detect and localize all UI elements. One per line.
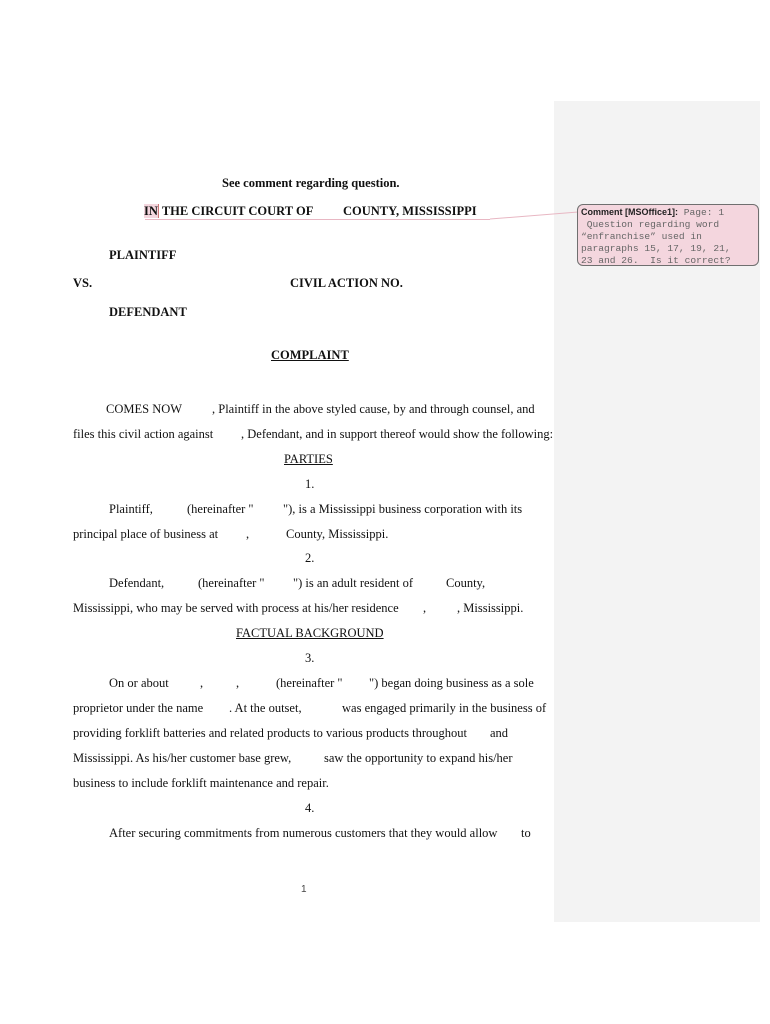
comment-line: “enfranchise” used in — [581, 231, 702, 242]
paragraph-text: (hereinafter " — [198, 576, 265, 591]
paragraph-text: business to include forklift maintenance… — [73, 776, 329, 791]
paragraph-number: 3. — [305, 651, 314, 666]
comment-label: Comment [MSOffice1]: — [581, 207, 678, 217]
vs-label: VS. — [73, 276, 92, 291]
paragraph-text: principal place of business at — [73, 527, 218, 542]
paragraph-text: Mississippi. As his/her customer base gr… — [73, 751, 291, 766]
court-heading-part1: THE CIRCUIT COURT OF — [162, 204, 314, 218]
comment-balloon[interactable]: Comment [MSOffice1]: Page: 1 Question re… — [577, 204, 759, 266]
paragraph-text: County, — [446, 576, 485, 591]
intro-text: , Defendant, and in support thereof woul… — [241, 427, 553, 442]
comment-line: paragraphs 15, 17, 19, 21, — [581, 243, 731, 254]
comment-page: Page: 1 — [678, 207, 724, 218]
page-number: 1 — [301, 884, 307, 895]
paragraph-text: , — [246, 527, 249, 542]
defendant-label: DEFENDANT — [109, 305, 187, 320]
paragraph-text: County, Mississippi. — [286, 527, 388, 542]
paragraph-text: Mississippi, who may be served with proc… — [73, 601, 399, 616]
paragraph-text: "), is a Mississippi business corporatio… — [283, 502, 522, 517]
paragraph-text: , — [200, 676, 203, 691]
intro-text: COMES NOW — [106, 402, 182, 417]
paragraph-text: ") began doing business as a sole — [369, 676, 534, 691]
paragraph-text: , Mississippi. — [457, 601, 523, 616]
plaintiff-label: PLAINTIFF — [109, 248, 176, 263]
paragraph-number: 4. — [305, 801, 314, 816]
paragraph-text: . At the outset, — [229, 701, 302, 716]
paragraph-text: On or about — [109, 676, 169, 691]
paragraph-text: providing forklift batteries and related… — [73, 726, 467, 741]
paragraph-text: , — [423, 601, 426, 616]
paragraph-number: 2. — [305, 551, 314, 566]
paragraph-text: , — [236, 676, 239, 691]
paragraph-text: proprietor under the name — [73, 701, 203, 716]
paragraph-text: saw the opportunity to expand his/her — [324, 751, 513, 766]
paragraph-text: Plaintiff, — [109, 502, 153, 517]
paragraph-number: 1. — [305, 477, 314, 492]
paragraph-text: Defendant, — [109, 576, 164, 591]
paragraph-text: was engaged primarily in the business of — [342, 701, 546, 716]
paragraph-text: to — [521, 826, 531, 841]
comment-line: 23 and 26. Is it correct? — [581, 255, 731, 266]
paragraph-text: and — [490, 726, 508, 741]
court-heading-part2: COUNTY, MISSISSIPPI — [343, 204, 477, 219]
intro-text: , Plaintiff in the above styled cause, b… — [212, 402, 535, 417]
comment-line: Question regarding word — [581, 219, 719, 230]
paragraph-text: After securing commitments from numerous… — [109, 826, 497, 841]
intro-text: files this civil action against — [73, 427, 213, 442]
court-heading: IN THE CIRCUIT COURT OF — [144, 204, 313, 219]
civil-action-label: CIVIL ACTION NO. — [290, 276, 403, 291]
paragraph-text: ") is an adult resident of — [293, 576, 413, 591]
note-line: See comment regarding question. — [222, 176, 400, 191]
document-title: COMPLAINT — [271, 348, 349, 363]
comment-anchor-text[interactable]: IN — [144, 204, 159, 218]
section-heading-factual-background: FACTUAL BACKGROUND — [236, 626, 384, 641]
paragraph-text: (hereinafter " — [187, 502, 254, 517]
paragraph-text: (hereinafter " — [276, 676, 343, 691]
section-heading-parties: PARTIES — [284, 452, 333, 467]
